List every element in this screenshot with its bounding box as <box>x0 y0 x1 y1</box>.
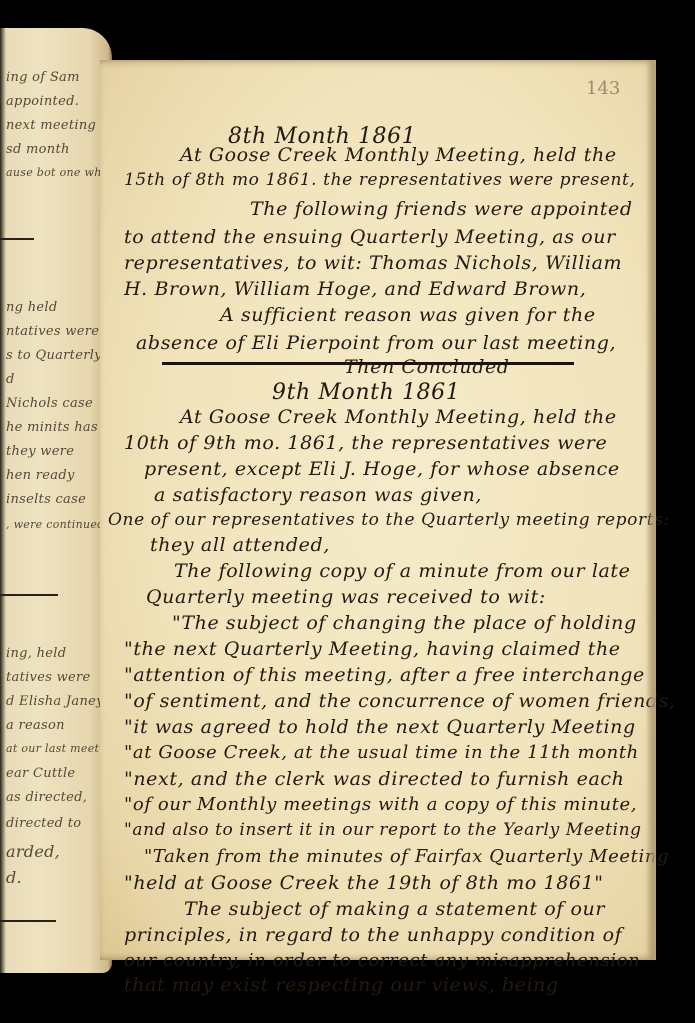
left-fragment: s to Quarterly <box>6 348 102 363</box>
left-fragment: ntatives were <box>6 324 99 339</box>
entry-line: At Goose Creek Monthly Meeting, held the <box>180 144 617 166</box>
entry-line: "of sentiment, and the concurrence of wo… <box>124 690 676 712</box>
entry-line: "next, and the clerk was directed to fur… <box>124 768 625 790</box>
entry-line: A sufficient reason was given for the <box>220 304 596 326</box>
entry-line: principles, in regard to the unhappy con… <box>124 924 622 946</box>
entry-line: "The subject of changing the place of ho… <box>172 612 637 634</box>
left-fragment: tatives were <box>6 670 91 685</box>
left-fragment: d <box>6 372 15 387</box>
left-fragment: , were continued <box>6 518 105 531</box>
left-fragment: ing, held <box>6 646 66 661</box>
section-divider <box>162 362 574 365</box>
entry-line: One of our representatives to the Quarte… <box>108 510 670 530</box>
entry-line: "Taken from the minutes of Fairfax Quart… <box>144 846 669 867</box>
right-page: 143 8th Month 1861 At Goose Creek Monthl… <box>100 60 656 960</box>
entry-line: "and also to insert it in our report to … <box>124 820 642 840</box>
entry-line: "at Goose Creek, at the usual time in th… <box>124 742 639 763</box>
entry-line: "of our Monthly meetings with a copy of … <box>124 794 637 815</box>
entry-line: The following friends were appointed <box>250 198 633 220</box>
left-fragment: ause bot one who <box>6 166 109 179</box>
entry-line: The subject of making a statement of our <box>184 898 605 920</box>
entry-line: absence of Eli Pierpoint from our last m… <box>136 332 616 354</box>
left-page: ing of Sam appointed. next meeting sd mo… <box>0 28 112 973</box>
left-rule <box>0 920 56 922</box>
entry-line: representatives, to wit: Thomas Nichols,… <box>124 252 622 274</box>
entry-line: present, except Eli J. Hoge, for whose a… <box>144 458 620 480</box>
left-fragment: appointed. <box>6 94 79 109</box>
left-fragment: sd month <box>6 142 70 157</box>
entry-line: that may exist respecting our views, bei… <box>124 974 559 996</box>
entry-line: our country, in order to correct any mis… <box>124 950 640 971</box>
entry-line: The following copy of a minute from our … <box>174 560 631 582</box>
entry-heading: 9th Month 1861 <box>272 380 460 405</box>
left-fragment: d Elisha Janey <box>6 694 104 709</box>
entry-line: H. Brown, William Hoge, and Edward Brown… <box>124 278 586 300</box>
left-fragment: arded, <box>6 842 60 861</box>
entry-line: a satisfactory reason was given, <box>154 484 482 506</box>
entry-line: they all attended, <box>150 534 330 556</box>
left-fragment: he minits has <box>6 420 98 435</box>
left-fragment: hen ready <box>6 468 75 483</box>
entry-line: to attend the ensuing Quarterly Meeting,… <box>124 226 616 248</box>
left-fragment: a reason <box>6 718 65 733</box>
entry-line: Quarterly meeting was received to wit: <box>146 586 546 608</box>
left-fragment: d. <box>6 868 22 887</box>
entry-line: Then Concluded <box>344 356 510 378</box>
entry-line: "attention of this meeting, after a free… <box>124 664 645 686</box>
left-fragment: ng held <box>6 300 57 315</box>
entry-line: 10th of 9th mo. 1861, the representative… <box>124 432 607 454</box>
left-fragment: ing of Sam <box>6 70 80 85</box>
left-rule <box>0 594 58 596</box>
entry-line: At Goose Creek Monthly Meeting, held the <box>180 406 617 428</box>
entry-line: "the next Quarterly Meeting, having clai… <box>124 638 621 660</box>
left-fragment: ear Cuttle <box>6 766 75 781</box>
entry-line: "held at Goose Creek the 19th of 8th mo … <box>124 872 604 894</box>
entry-line: "it was agreed to hold the next Quarterl… <box>124 716 636 738</box>
left-fragment: they were <box>6 444 74 459</box>
left-fragment: directed to <box>6 816 81 831</box>
left-rule <box>0 238 34 240</box>
left-fragment: next meeting <box>6 118 96 133</box>
left-fragment: at our last meet <box>6 742 99 755</box>
entry-line: 15th of 8th mo 1861. the representatives… <box>124 170 635 190</box>
left-fragment: Nichols case <box>6 396 93 411</box>
page-number: 143 <box>586 78 620 99</box>
left-fragment: inselts case <box>6 492 86 507</box>
left-fragment: as directed, <box>6 790 87 805</box>
